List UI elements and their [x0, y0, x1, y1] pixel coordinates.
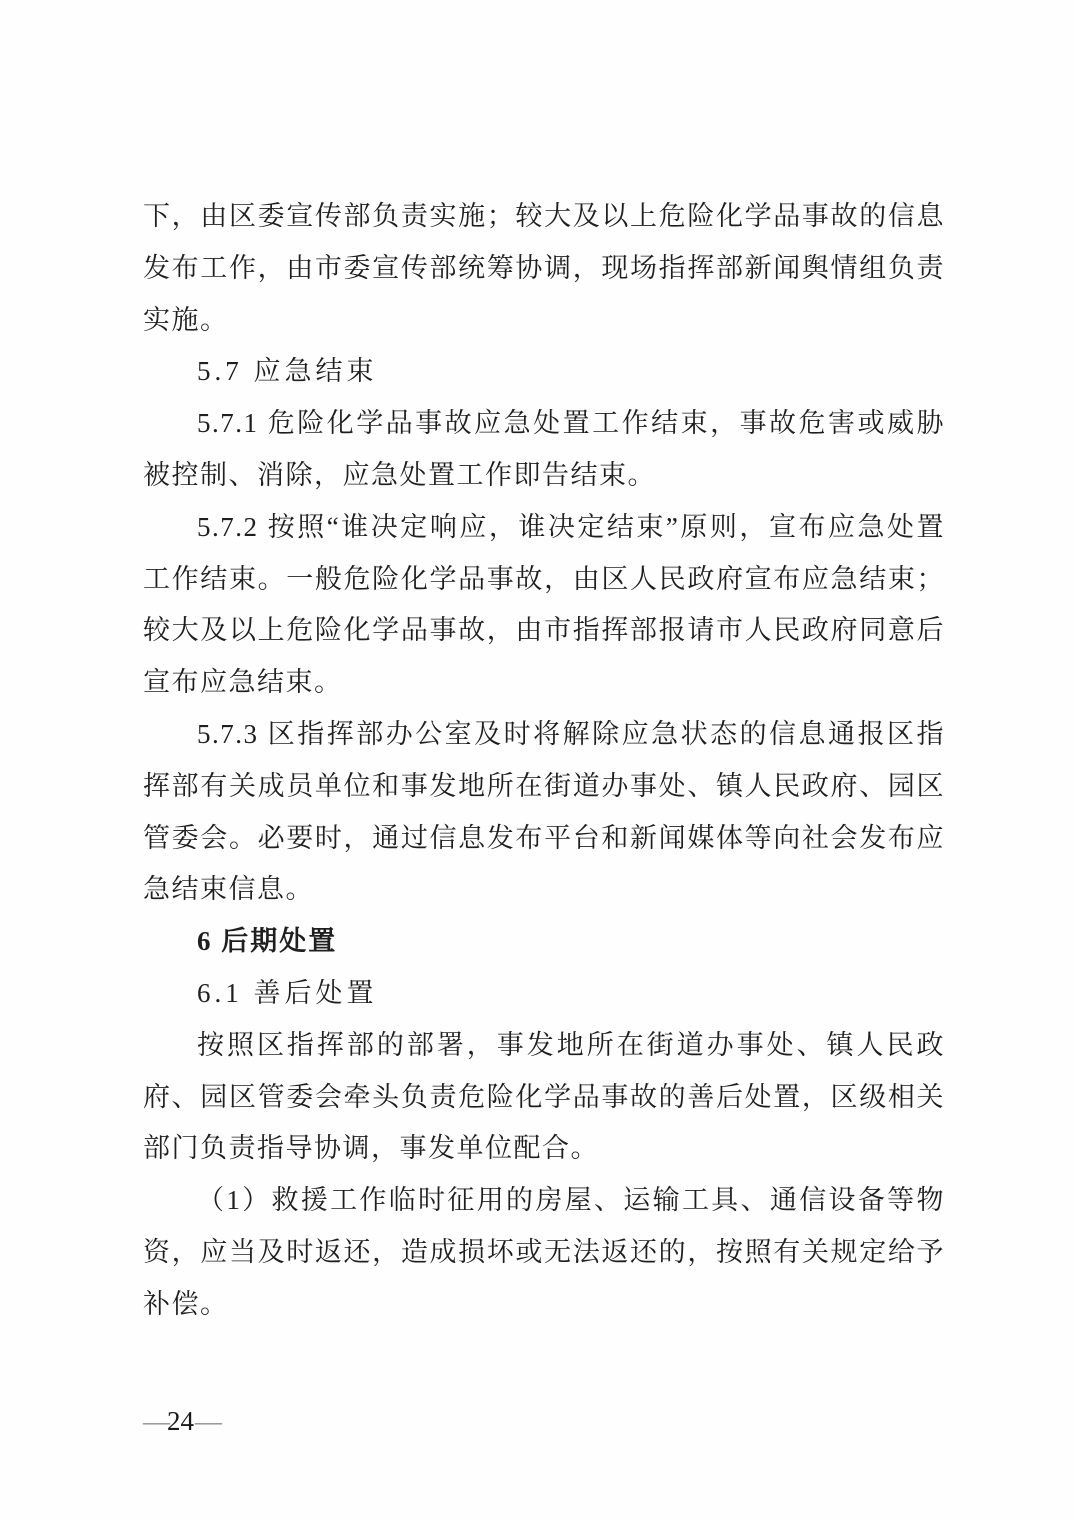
paragraph-5-7-1: 5.7.1 危险化学品事故应急处置工作结束，事故危害或威胁被控制、消除，应急处置… [143, 398, 945, 502]
paragraph-6-1-intro: 按照区指挥部的部署，事发地所在街道办事处、镇人民政府、园区管委会牵头负责危险化学… [143, 1020, 945, 1175]
page-number-dash-right: — [195, 1406, 218, 1436]
paragraph-continuation: 下，由区委宣传部负责实施；较大及以上危险化学品事故的信息发布工作，由市委宣传部统… [143, 191, 945, 346]
paragraph-5-7-3: 5.7.3 区指挥部办公室及时将解除应急状态的信息通报区指挥部有关成员单位和事发… [143, 709, 945, 916]
section-heading-5-7: 5.7 应急结束 [143, 346, 945, 398]
paragraph-6-1-item-1: （1）救援工作临时征用的房屋、运输工具、通信设备等物资，应当及时返还，造成损坏或… [143, 1175, 945, 1330]
chapter-heading-6: 6 后期处置 [143, 916, 945, 968]
section-heading-6-1: 6.1 善后处置 [143, 968, 945, 1020]
page-number-dash-left: — [143, 1406, 166, 1436]
page-number: —24— [143, 1401, 218, 1441]
page-number-value: 24 [166, 1406, 195, 1436]
document-page: 下，由区委宣传部负责实施；较大及以上危险化学品事故的信息发布工作，由市委宣传部统… [0, 0, 1074, 1520]
paragraph-5-7-2: 5.7.2 按照“谁决定响应，谁决定结束”原则，宣布应急处置工作结束。一般危险化… [143, 502, 945, 709]
document-text-block: 下，由区委宣传部负责实施；较大及以上危险化学品事故的信息发布工作，由市委宣传部统… [143, 191, 945, 1331]
